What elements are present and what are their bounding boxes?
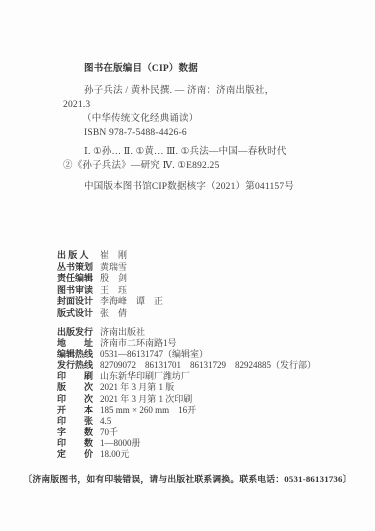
cip-data-block: 图书在版编目（CIP）数据 孙子兵法 / 黄朴民撰. — 济南：济南出版社， 2… bbox=[63, 62, 343, 194]
cip-heading: 图书在版编目（CIP）数据 bbox=[63, 62, 343, 76]
colophon-row-distribution-hotline: 发行热线82709072 86131701 86131729 82924885（… bbox=[57, 360, 367, 371]
staff-row-cover-design: 封面设计李海峰 谭 正 bbox=[57, 296, 357, 308]
staff-row-layout-design: 版式设计张 倩 bbox=[57, 308, 357, 320]
colophon-label: 印 张 bbox=[57, 416, 97, 427]
colophon-row-address: 地 址济南市二环南路1号 bbox=[57, 338, 367, 349]
copyright-page: 图书在版编目（CIP）数据 孙子兵法 / 黄朴民撰. — 济南：济南出版社， 2… bbox=[0, 0, 375, 531]
colophon-value: 82709072 86131701 86131729 82924885（发行部） bbox=[97, 360, 316, 371]
staff-row-editor: 责任编辑殷 剑 bbox=[57, 273, 357, 285]
staff-label: 责任编辑 bbox=[57, 273, 97, 285]
colophon-label: 定 价 bbox=[57, 449, 97, 460]
colophon-value: 18.00元 bbox=[97, 449, 129, 460]
staff-value: 李海峰 谭 正 bbox=[97, 296, 163, 308]
colophon-label: 地 址 bbox=[57, 338, 97, 349]
staff-value: 王 珏 bbox=[97, 285, 127, 297]
staff-label: 丛书策划 bbox=[57, 262, 97, 274]
staff-label: 封面设计 bbox=[57, 296, 97, 308]
colophon-value: 1—8000册 bbox=[97, 438, 141, 449]
colophon-value: 山东新华印刷厂潍坊厂 bbox=[97, 371, 190, 382]
colophon-value: 4.5 bbox=[97, 416, 111, 427]
colophon-block: 出版发行济南出版社 地 址济南市二环南路1号 编辑热线0531—86131747… bbox=[57, 327, 367, 460]
colophon-label: 编辑热线 bbox=[57, 349, 97, 360]
colophon-label: 印 刷 bbox=[57, 371, 97, 382]
colophon-value: 济南出版社 bbox=[97, 327, 145, 338]
staff-row-publisher: 出 版 人崔 刚 bbox=[57, 250, 357, 262]
colophon-label: 开 本 bbox=[57, 405, 97, 416]
colophon-row-price: 定 价18.00元 bbox=[57, 449, 367, 460]
colophon-row-edition: 版 次2021 年 3 月第 1 版 bbox=[57, 382, 367, 393]
staff-credits-block: 出 版 人崔 刚 丛书策划黄瑞雪 责任编辑殷 剑 图书审读王 珏 封面设计李海峰… bbox=[57, 250, 357, 320]
colophon-value: 70千 bbox=[97, 427, 118, 438]
colophon-row-publisher: 出版发行济南出版社 bbox=[57, 327, 367, 338]
colophon-value: 185 mm × 260 mm 16开 bbox=[97, 405, 196, 416]
cip-classification-line: Ⅰ. ①孙… Ⅱ. ①黄… Ⅲ. ①兵法—中国—春秋时代 bbox=[63, 145, 343, 159]
colophon-value: 2021 年 3 月第 1 版 bbox=[97, 382, 174, 393]
colophon-row-word-count: 字 数70千 bbox=[57, 427, 367, 438]
colophon-row-impression: 印 次2021 年 3 月第 1 次印刷 bbox=[57, 394, 367, 405]
colophon-row-printer: 印 刷山东新华印刷厂潍坊厂 bbox=[57, 371, 367, 382]
cip-date-line: 2021.3 bbox=[63, 98, 343, 112]
cip-title-line: 孙子兵法 / 黄朴民撰. — 济南：济南出版社， bbox=[63, 84, 343, 98]
colophon-label: 印 数 bbox=[57, 438, 97, 449]
cip-classification-line2: ②《孙子兵法》—研究 Ⅳ. ①E892.25 bbox=[63, 159, 343, 173]
staff-row-reviewer: 图书审读王 珏 bbox=[57, 285, 357, 297]
cip-series-line: （中华传统文化经典诵读） bbox=[63, 112, 343, 126]
cip-isbn-line: ISBN 978-7-5488-4426-6 bbox=[63, 126, 343, 140]
colophon-label: 出版发行 bbox=[57, 327, 97, 338]
colophon-value: 0531—86131747（编辑室） bbox=[97, 349, 208, 360]
staff-value: 黄瑞雪 bbox=[97, 262, 127, 274]
colophon-row-sheets: 印 张4.5 bbox=[57, 416, 367, 427]
staff-label: 版式设计 bbox=[57, 308, 97, 320]
misprint-exchange-note: 〔济南版图书，如有印装错误，请与出版社联系调换。联系电话：0531-861317… bbox=[0, 472, 375, 485]
staff-value: 张 倩 bbox=[97, 308, 127, 320]
colophon-row-format: 开 本185 mm × 260 mm 16开 bbox=[57, 405, 367, 416]
staff-label: 图书审读 bbox=[57, 285, 97, 297]
staff-row-series-planner: 丛书策划黄瑞雪 bbox=[57, 262, 357, 274]
colophon-row-editorial-hotline: 编辑热线0531—86131747（编辑室） bbox=[57, 349, 367, 360]
colophon-value: 济南市二环南路1号 bbox=[97, 338, 177, 349]
colophon-label: 发行热线 bbox=[57, 360, 97, 371]
staff-label: 出 版 人 bbox=[57, 250, 97, 262]
staff-value: 崔 刚 bbox=[97, 250, 127, 262]
colophon-value: 2021 年 3 月第 1 次印刷 bbox=[97, 394, 192, 405]
colophon-label: 字 数 bbox=[57, 427, 97, 438]
cip-registry-line: 中国版本图书馆CIP数据核字（2021）第041157号 bbox=[63, 180, 343, 194]
colophon-row-print-run: 印 数1—8000册 bbox=[57, 438, 367, 449]
colophon-label: 印 次 bbox=[57, 394, 97, 405]
staff-value: 殷 剑 bbox=[97, 273, 127, 285]
colophon-label: 版 次 bbox=[57, 382, 97, 393]
